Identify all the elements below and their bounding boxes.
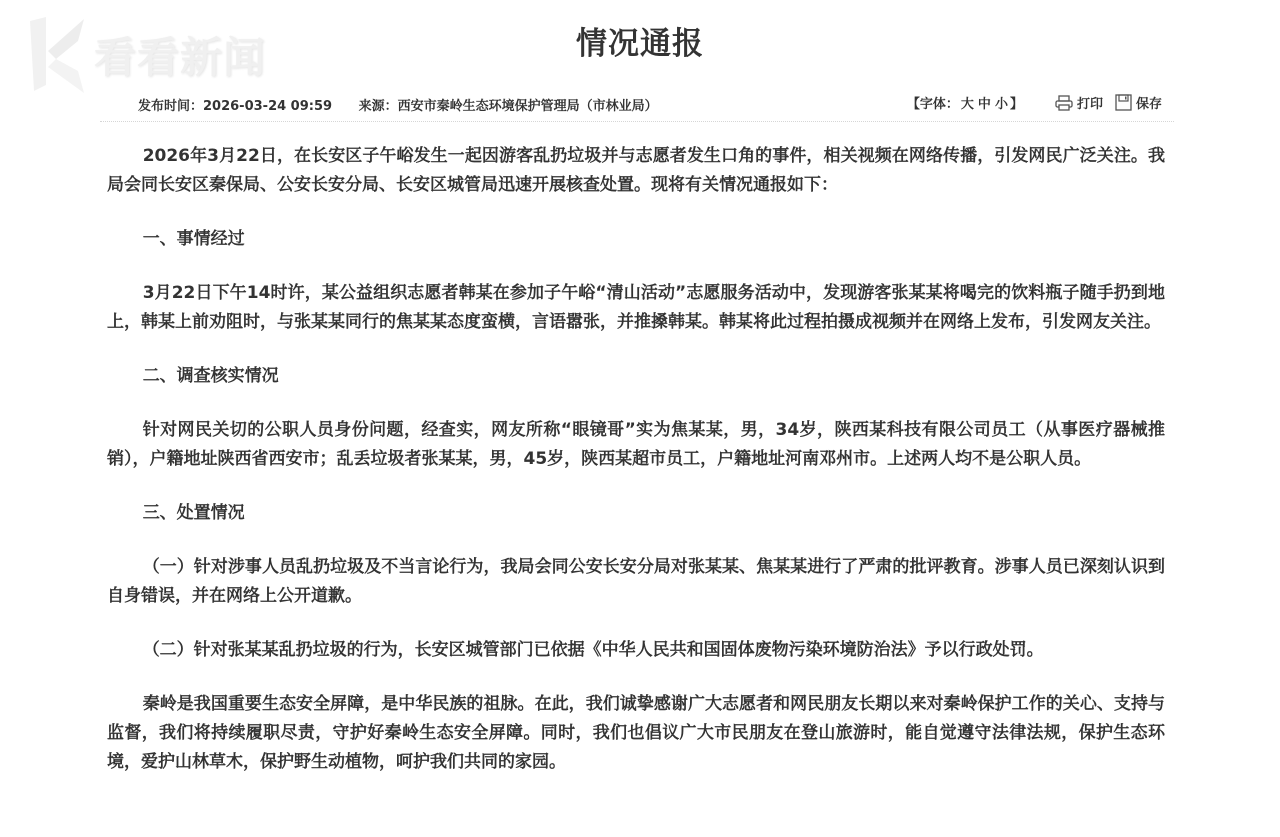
paragraph-closing: 秦岭是我国重要生态安全屏障，是中华民族的祖脉。在此，我们诚挚感谢广大志愿者和网民… [107,690,1165,777]
paragraph-handling-1: （一）针对涉事人员乱扔垃圾及不当言论行为，我局会同公安长安分局对张某某、焦某某进… [107,553,1165,611]
paragraph-investigation: 针对网民关切的公职人员身份问题，经查实，网友所称“眼镜哥”实为焦某某，男，34岁… [107,416,1165,474]
font-size-medium[interactable]: 中 [978,97,991,112]
font-size-small[interactable]: 小 [995,97,1008,112]
page-title: 情况通报 [0,18,1280,63]
section-heading-3: 三、处置情况 [107,499,1165,528]
font-size-label-close: 】 [1010,97,1023,112]
font-size-large[interactable]: 大 [961,97,974,112]
font-size-selector: 【字体：大中小】 [907,93,1023,112]
paragraph-incident: 3月22日下午14时许，某公益组织志愿者韩某在参加子午峪“清山活动”志愿服务活动… [107,279,1165,337]
paragraph-intro: 2026年3月22日，在长安区子午峪发生一起因游客乱扔垃圾并与志愿者发生口角的事… [107,142,1165,200]
article-source: 来源：西安市秦岭生态环境保护管理局（市林业局） [359,99,658,114]
save-label: 保存 [1136,93,1162,112]
print-label: 打印 [1077,93,1103,112]
floppy-disk-icon [1115,94,1132,111]
print-button[interactable]: 打印 [1055,93,1103,112]
save-button[interactable]: 保存 [1115,93,1162,112]
article-body: 2026年3月22日，在长安区子午峪发生一起因游客乱扔垃圾并与志愿者发生口角的事… [107,142,1165,802]
article-meta-bar: 发布时间：2026-03-24 09:59 来源：西安市秦岭生态环境保护管理局（… [100,88,1174,122]
publish-time: 发布时间：2026-03-24 09:59 [138,99,332,114]
section-heading-2: 二、调查核实情况 [107,362,1165,391]
paragraph-handling-2: （二）针对张某某乱扔垃圾的行为，长安区城管部门已依据《中华人民共和国固体废物污染… [107,636,1165,665]
printer-icon [1055,95,1073,111]
font-size-label: 【字体： [907,97,959,112]
section-heading-1: 一、事情经过 [107,225,1165,254]
